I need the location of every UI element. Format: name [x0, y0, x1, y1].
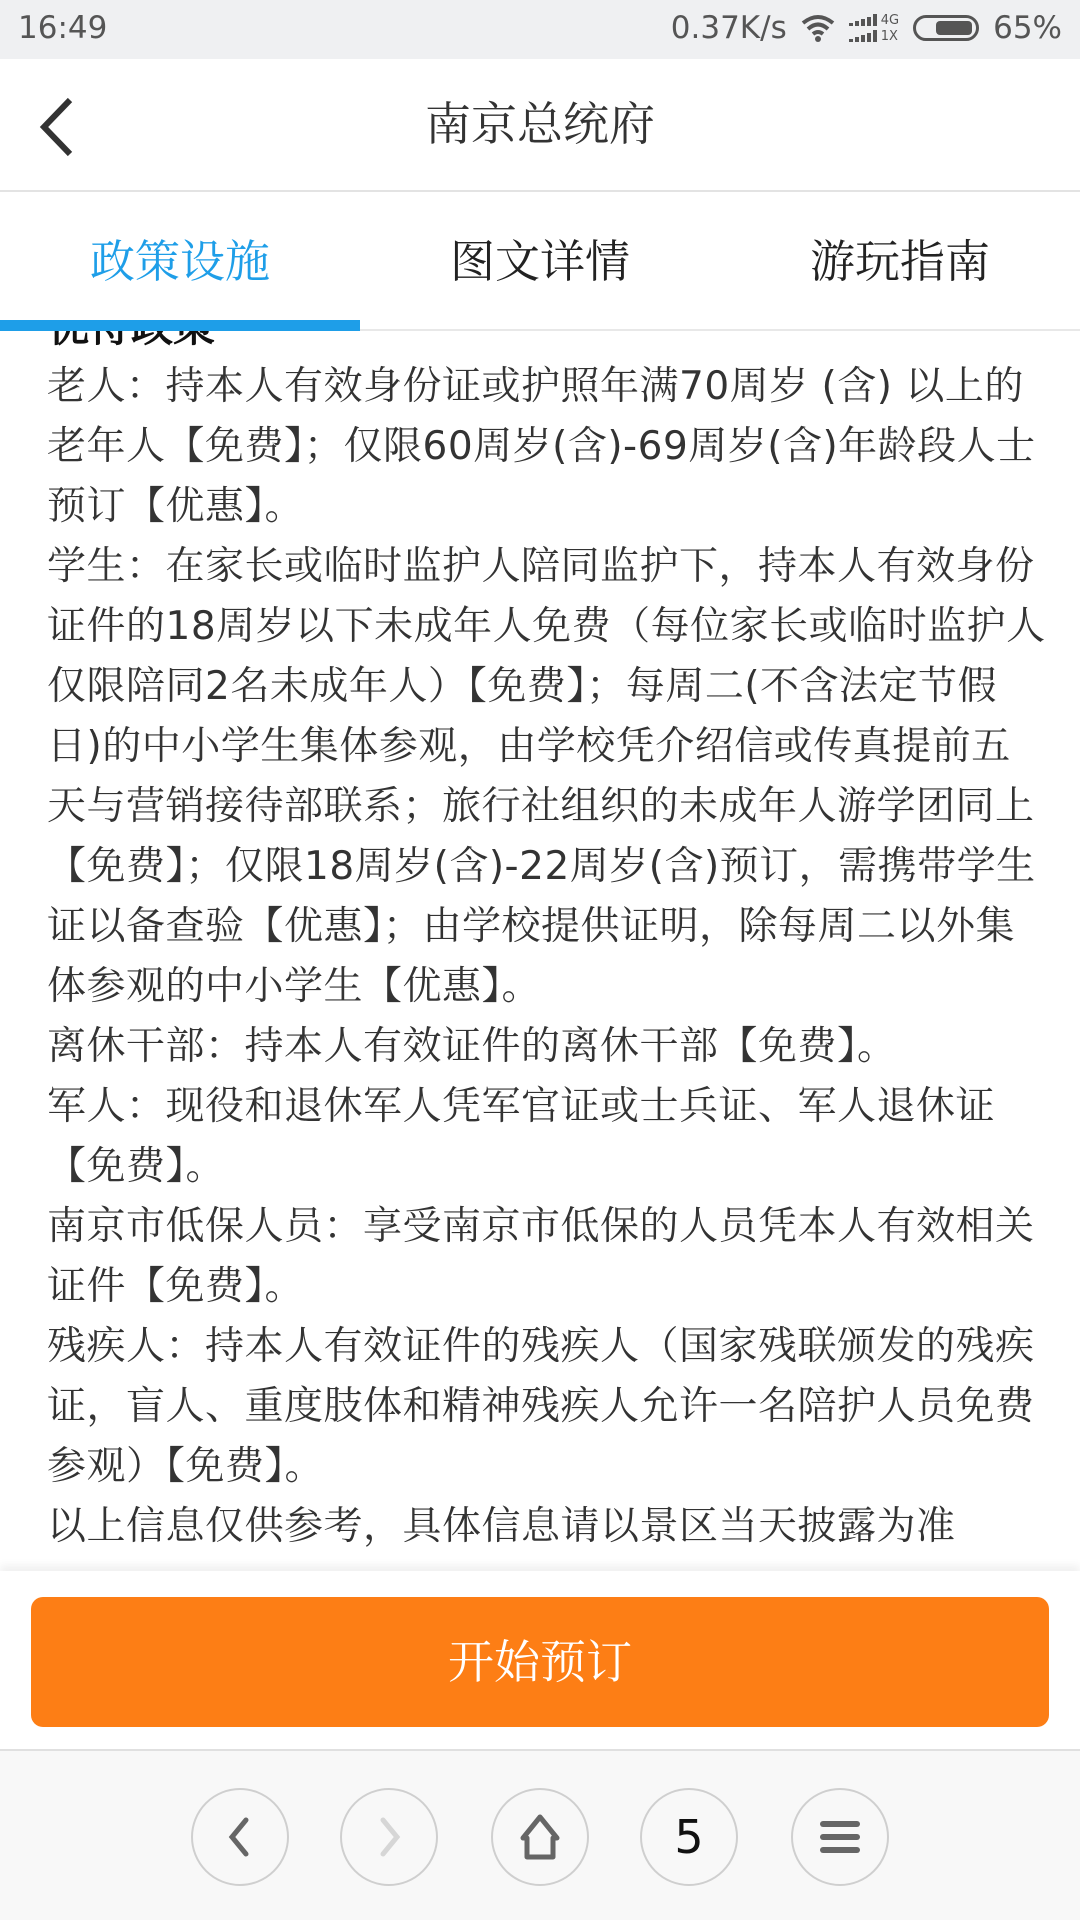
battery-icon: [913, 15, 979, 41]
page-title: 南京总统府: [0, 59, 1080, 190]
policy-students: 学生：在家长或临时监护人陪同监护下，持本人有效身份证件的18周岁以下未成年人免费…: [47, 537, 1050, 1017]
wifi-icon: [801, 14, 835, 42]
chevron-right-icon: [369, 1812, 409, 1862]
net-speed: 0.37K/s: [671, 10, 787, 46]
status-right: 0.37K/s 4G 1X 65%: [671, 10, 1062, 46]
status-bar: 16:49 0.37K/s 4G 1X 65%: [0, 0, 1080, 59]
network-type-bottom: 1X: [881, 30, 898, 43]
network-type-top: 4G: [881, 14, 899, 27]
chevron-left-icon: [220, 1812, 260, 1862]
status-time: 16:49: [18, 10, 107, 46]
policy-retired-cadres: 离休干部：持本人有效证件的离休干部【免费】。: [47, 1017, 1050, 1077]
content-scroll-area[interactable]: 优待政策 老人：持本人有效身份证或护照年满70周岁 (含) 以上的老年人【免费】…: [0, 331, 1080, 1571]
tab-count: 5: [674, 1810, 703, 1864]
policy-elderly: 老人：持本人有效身份证或护照年满70周岁 (含) 以上的老年人【免费】；仅限60…: [47, 357, 1050, 537]
tab-policy-facilities[interactable]: 政策设施: [0, 192, 360, 329]
tab-bar: 政策设施 图文详情 游玩指南: [0, 192, 1080, 331]
policy-low-income: 南京市低保人员：享受南京市低保的人员凭本人有效相关证件【免费】。: [47, 1197, 1050, 1317]
section-heading: 优待政策: [47, 331, 1050, 357]
browser-menu-button[interactable]: [791, 1788, 889, 1886]
signal-icon: 4G 1X: [849, 14, 899, 43]
browser-tabs-button[interactable]: 5: [640, 1788, 738, 1886]
policy-military: 军人：现役和退休军人凭军官证或士兵证、军人退休证【免费】。: [47, 1077, 1050, 1197]
browser-forward-button[interactable]: [340, 1788, 438, 1886]
home-icon: [515, 1812, 565, 1862]
app-header: 南京总统府: [0, 59, 1080, 192]
browser-back-button[interactable]: [191, 1788, 289, 1886]
start-booking-button[interactable]: 开始预订: [31, 1597, 1049, 1727]
menu-icon: [818, 1817, 862, 1857]
tab-guide[interactable]: 游玩指南: [720, 192, 1080, 329]
browser-nav-bar: 5: [0, 1751, 1080, 1920]
browser-home-button[interactable]: [491, 1788, 589, 1886]
booking-panel: 开始预订: [0, 1571, 1080, 1751]
policy-disabled: 残疾人：持本人有效证件的残疾人（国家残联颁发的残疾证，盲人、重度肢体和精神残疾人…: [47, 1317, 1050, 1497]
disclaimer: 以上信息仅供参考，具体信息请以景区当天披露为准: [47, 1497, 1050, 1557]
active-tab-indicator: [0, 320, 360, 331]
battery-percent: 65%: [993, 10, 1062, 46]
tab-details[interactable]: 图文详情: [360, 192, 720, 329]
